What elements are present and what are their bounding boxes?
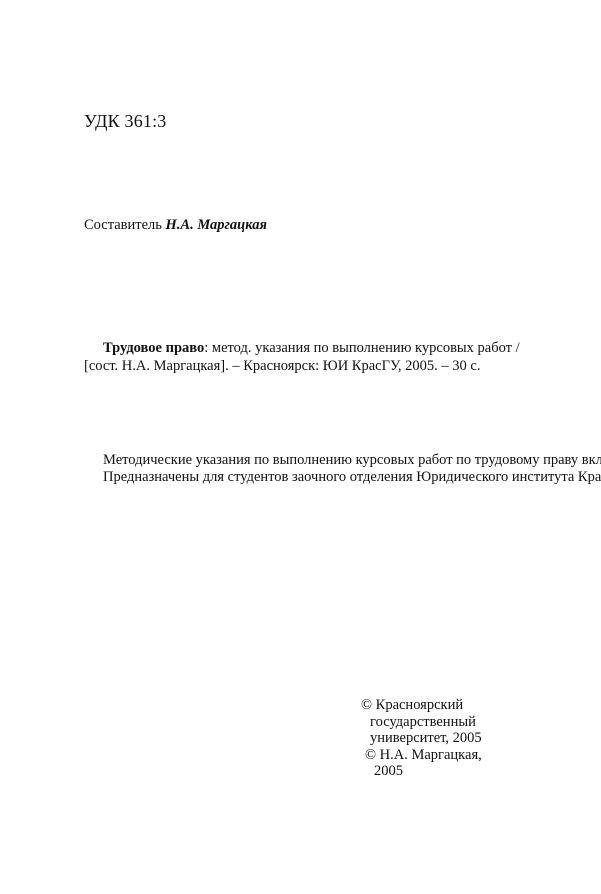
compiler-label: Составитель — [84, 217, 166, 233]
annotation-paragraph: Методические указания по выполнению курс… — [84, 452, 516, 469]
copyright-line: государственный — [361, 714, 482, 731]
compiler-line: Составитель Н.А. Маргацкая — [84, 217, 267, 234]
bibliographic-line-1: Трудовое право: метод. указания по выпол… — [84, 339, 516, 357]
copyright-line: 2005 — [361, 763, 482, 780]
bibliographic-description: : метод. указания по выполнению курсовых… — [204, 340, 519, 356]
copyright-line: университет, 2005 — [361, 730, 482, 747]
bibliographic-line-2: [сост. Н.А. Маргацкая]. – Красноярск: ЮИ… — [84, 357, 516, 375]
copyright-line: © Н.А. Маргацкая, — [361, 747, 482, 764]
copyright-block: © Красноярский государственный университ… — [361, 697, 482, 780]
book-title: Трудовое право — [103, 340, 204, 356]
udk-code: УДК 361:3 — [84, 111, 167, 132]
annotation: Методические указания по выполнению курс… — [84, 452, 516, 487]
annotation-paragraph: Предназначены для студентов заочного отд… — [84, 469, 516, 486]
bibliographic-record: Трудовое право: метод. указания по выпол… — [84, 339, 516, 375]
compiler-name: Н.А. Маргацкая — [166, 217, 267, 233]
copyright-line: © Красноярский — [361, 697, 482, 714]
